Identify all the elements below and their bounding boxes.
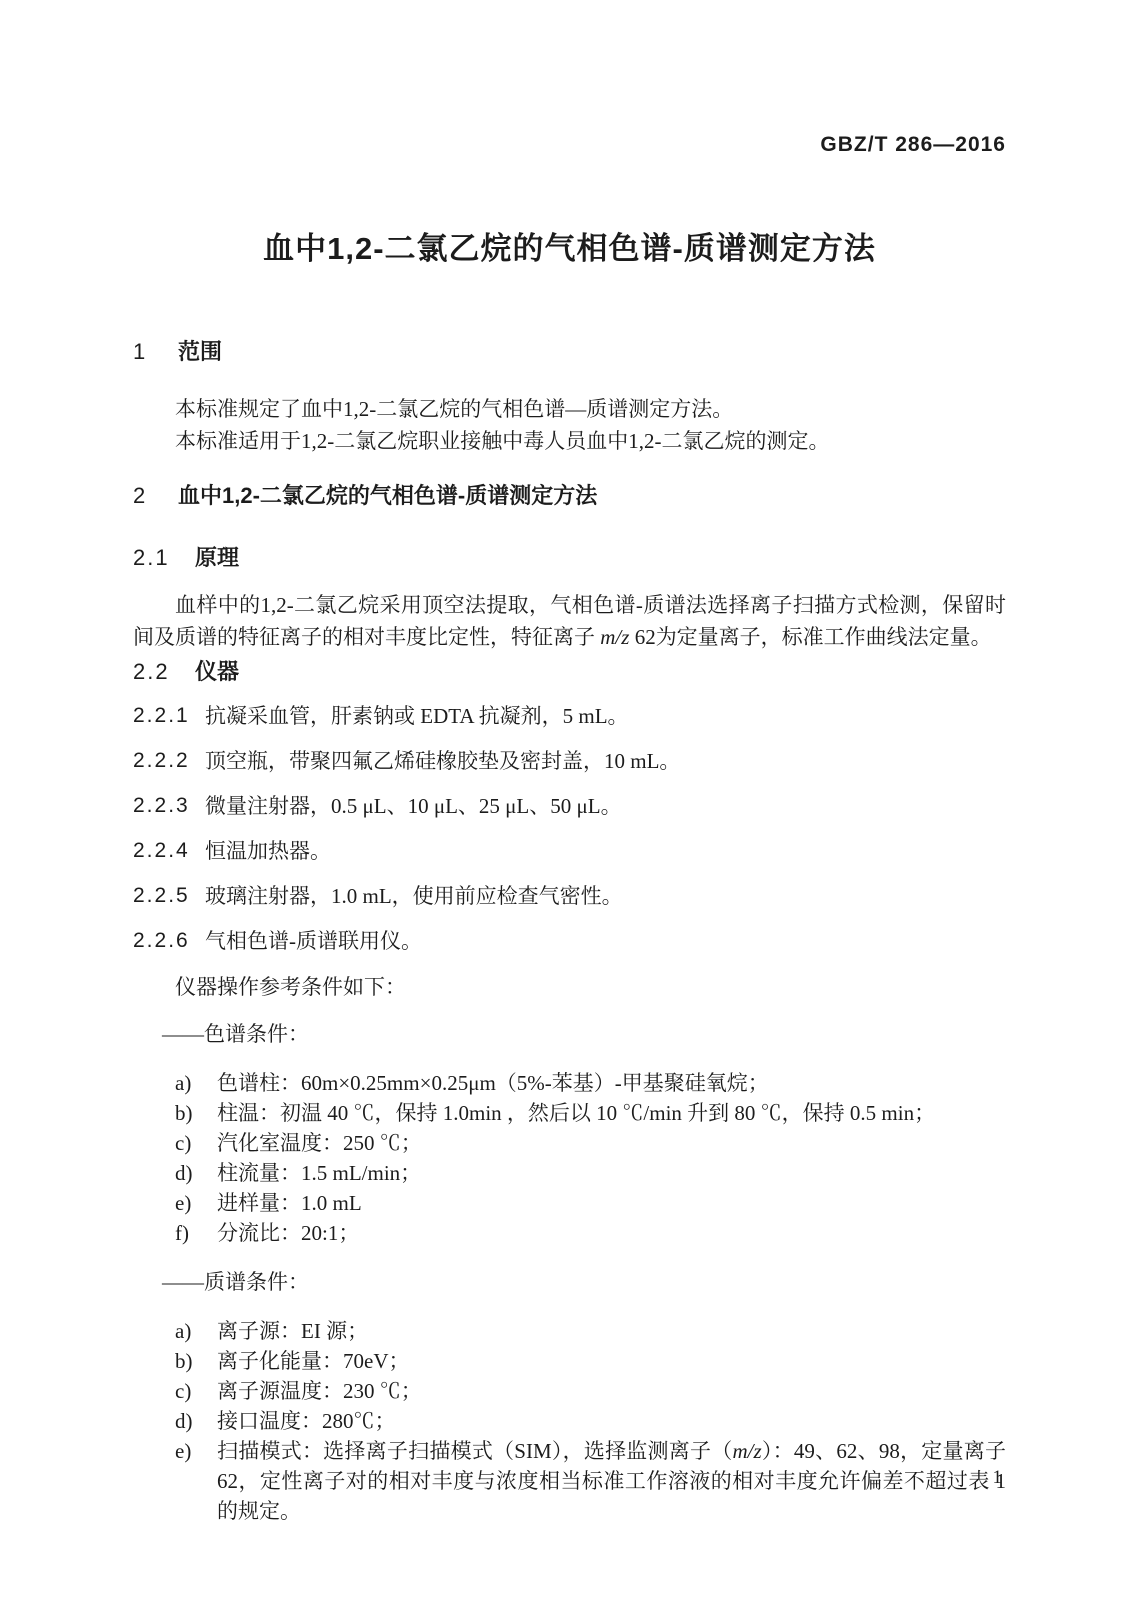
clause-number: 2.2.6 [133,928,205,954]
scope-paragraph-1: 本标准规定了血中1,2-二氯乙烷的气相色谱—质谱测定方法。 [133,393,1006,425]
list-marker: d) [175,1158,193,1188]
condition-text: 柱流量：1.5 mL/min； [217,1161,421,1185]
list-marker: c) [175,1376,191,1406]
section-1-title: 范围 [178,339,222,365]
section-2-1-heading: 2.1 原理 [133,545,1006,571]
section-2-1-title: 原理 [195,545,239,571]
list-marker: b) [175,1098,193,1128]
ms-condition-a: a) 离子源：EI 源； [133,1316,1006,1346]
conditions-intro: 仪器操作参考条件如下： [133,974,1006,1000]
clause-item-2-2-4: 2.2.4 恒温加热器。 [133,838,1006,864]
list-marker: f) [175,1218,189,1248]
list-marker: b) [175,1346,193,1376]
clause-item-2-2-3: 2.2.3 微量注射器，0.5 μL、10 μL、25 μL、50 μL。 [133,793,1006,819]
ms-condition-c: c) 离子源温度：230 ℃； [133,1376,1006,1406]
clause-number: 2.2.1 [133,703,205,729]
list-marker: e) [175,1188,191,1218]
clause-number: 2.2.4 [133,838,205,864]
clause-text: 恒温加热器。 [205,838,1006,864]
document-title: 血中1,2-二氯乙烷的气相色谱-质谱测定方法 [133,229,1006,269]
condition-text-part: 扫描模式：选择离子扫描模式（SIM），选择监测离子（ [217,1439,733,1463]
clause-item-2-2-1: 2.2.1 抗凝采血管，肝素钠或 EDTA 抗凝剂，5 mL。 [133,703,1006,729]
scope-paragraph-2: 本标准适用于1,2-二氯乙烷职业接触中毒人员血中1,2-二氯乙烷的测定。 [133,425,1006,457]
mz-notation: m/z [733,1439,762,1463]
section-2-2-title: 仪器 [195,659,239,685]
section-2-number: 2 [133,483,178,509]
standard-code: GBZ/T 286—2016 [133,0,1006,157]
list-marker: c) [175,1128,191,1158]
section-1-number: 1 [133,339,178,365]
clause-item-2-2-2: 2.2.2 顶空瓶，带聚四氟乙烯硅橡胶垫及密封盖，10 mL。 [133,748,1006,774]
section-2-2-number: 2.2 [133,659,195,685]
condition-text: 离子源温度：230 ℃； [217,1379,422,1403]
document-page: GBZ/T 286—2016 血中1,2-二氯乙烷的气相色谱-质谱测定方法 1 … [0,0,1132,1600]
clause-number: 2.2.5 [133,883,205,909]
clause-text: 气相色谱-质谱联用仪。 [205,928,1006,954]
ms-condition-b: b) 离子化能量：70eV； [133,1346,1006,1376]
section-2-heading: 2 血中1,2-二氯乙烷的气相色谱-质谱测定方法 [133,483,1006,509]
section-1-heading: 1 范围 [133,339,1006,365]
list-marker: a) [175,1068,191,1098]
clause-item-2-2-6: 2.2.6 气相色谱-质谱联用仪。 [133,928,1006,954]
clause-number: 2.2.3 [133,793,205,819]
section-2-1-number: 2.1 [133,545,195,571]
condition-text: 色谱柱：60m×0.25mm×0.25μm（5%-苯基）-甲基聚硅氧烷； [217,1071,769,1095]
clause-text: 顶空瓶，带聚四氟乙烯硅橡胶垫及密封盖，10 mL。 [205,748,1006,774]
condition-text: 接口温度：280℃； [217,1409,396,1433]
condition-text: 分流比：20:1； [217,1221,359,1245]
gc-condition-e: e) 进样量：1.0 mL [133,1188,1006,1218]
condition-text: 进样量：1.0 mL [217,1191,362,1215]
list-marker: a) [175,1316,191,1346]
gc-condition-d: d) 柱流量：1.5 mL/min； [133,1158,1006,1188]
condition-text: 汽化室温度：250 ℃； [217,1131,422,1155]
condition-text: 扫描模式：选择离子扫描模式（SIM），选择监测离子（m/z）：49、62、98，… [217,1439,1006,1523]
page-number: 1 [993,1466,1003,1490]
principle-text-part: 62为定量离子，标准工作曲线法定量。 [629,625,991,649]
list-marker: d) [175,1406,193,1436]
condition-text: 离子源：EI 源； [217,1319,368,1343]
gc-condition-b: b) 柱温：初温 40 ℃，保持 1.0min ，然后以 10 ℃/min 升到… [133,1098,1006,1128]
mz-notation: m/z [600,625,629,649]
section-2-2-heading: 2.2 仪器 [133,659,1006,685]
gc-condition-c: c) 汽化室温度：250 ℃； [133,1128,1006,1158]
gc-conditions-label: ——色谱条件： [133,1021,1006,1047]
ms-conditions-label: ——质谱条件： [133,1269,1006,1295]
clause-number: 2.2.2 [133,748,205,774]
clause-text: 抗凝采血管，肝素钠或 EDTA 抗凝剂，5 mL。 [205,703,1006,729]
clause-text: 玻璃注射器，1.0 mL，使用前应检查气密性。 [205,883,1006,909]
ms-condition-e: e) 扫描模式：选择离子扫描模式（SIM），选择监测离子（m/z）：49、62、… [133,1436,1006,1526]
list-marker: e) [175,1436,191,1466]
clause-item-2-2-5: 2.2.5 玻璃注射器，1.0 mL，使用前应检查气密性。 [133,883,1006,909]
principle-paragraph: 血样中的1,2-二氯乙烷采用顶空法提取，气相色谱-质谱法选择离子扫描方式检测，保… [133,589,1006,653]
ms-condition-d: d) 接口温度：280℃； [133,1406,1006,1436]
condition-text: 离子化能量：70eV； [217,1349,410,1373]
section-2-title: 血中1,2-二氯乙烷的气相色谱-质谱测定方法 [178,483,597,509]
condition-text: 柱温：初温 40 ℃，保持 1.0min ，然后以 10 ℃/min 升到 80… [217,1101,935,1125]
gc-condition-f: f) 分流比：20:1； [133,1218,1006,1248]
gc-condition-a: a) 色谱柱：60m×0.25mm×0.25μm（5%-苯基）-甲基聚硅氧烷； [133,1068,1006,1098]
clause-text: 微量注射器，0.5 μL、10 μL、25 μL、50 μL。 [205,793,1006,819]
